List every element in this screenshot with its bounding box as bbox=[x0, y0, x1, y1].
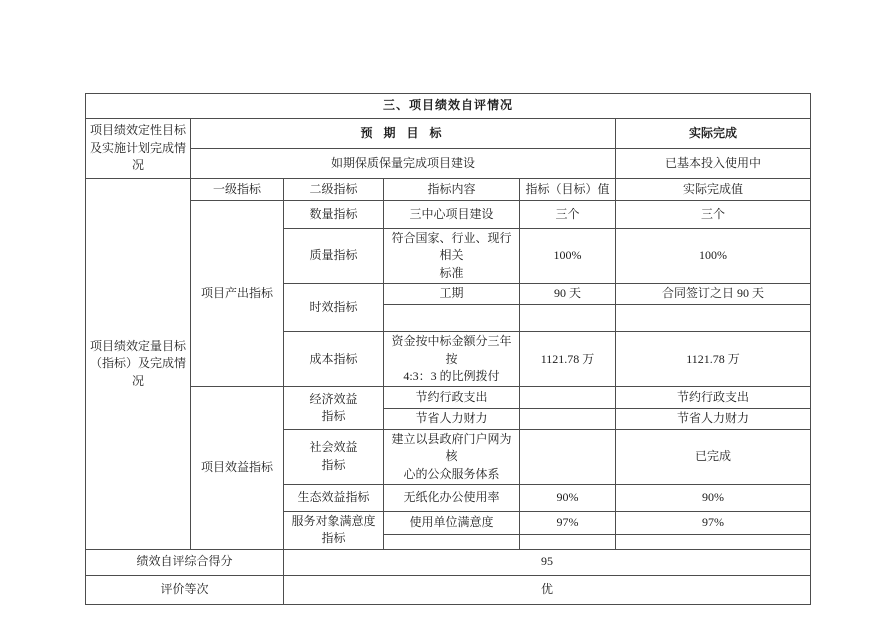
cost-indicator-target: 1121.78 万 bbox=[520, 332, 616, 387]
duration-empty-actual bbox=[616, 305, 811, 332]
cost-indicator-actual: 1121.78 万 bbox=[616, 332, 811, 387]
satisfaction-empty-content bbox=[384, 535, 520, 549]
header-level1-indicator: 一级指标 bbox=[191, 179, 284, 201]
economic-indicator-actual-2: 节省人力财力 bbox=[616, 409, 811, 429]
quantity-indicator-name: 数量指标 bbox=[284, 201, 384, 229]
social-indicator-content: 建立以县政府门户网为核 心的公众服务体系 bbox=[384, 429, 520, 484]
satisfaction-empty-actual bbox=[616, 535, 811, 549]
cost-indicator-content: 资金按中标金额分三年按 4:3：3 的比例拨付 bbox=[384, 332, 520, 387]
qualitative-section-label: 项目绩效定性目标 及实施计划完成情 况 bbox=[86, 119, 191, 179]
quality-indicator-content: 符合国家、行业、现行相关 标准 bbox=[384, 229, 520, 284]
economic-indicator-content-1: 节约行政支出 bbox=[384, 387, 520, 409]
table-row: 项目产出指标 数量指标 三中心项目建设 三个 三个 bbox=[86, 201, 811, 229]
table-title: 三、项目绩效自评情况 bbox=[86, 94, 811, 119]
output-indicators-group: 项目产出指标 bbox=[191, 201, 284, 387]
quantitative-section-label: 项目绩效定量目标 （指标）及完成情 况 bbox=[86, 179, 191, 550]
header-target-value: 指标（目标）值 bbox=[520, 179, 616, 201]
economic-indicator-actual-1: 节约行政支出 bbox=[616, 387, 811, 409]
table-row: 绩效自评综合得分 95 bbox=[86, 549, 811, 575]
cost-indicator-name: 成本指标 bbox=[284, 332, 384, 387]
economic-indicator-content-2: 节省人力财力 bbox=[384, 409, 520, 429]
satisfaction-indicator-actual: 97% bbox=[616, 511, 811, 534]
economic-indicator-target-1 bbox=[520, 387, 616, 409]
duration-indicator-content: 工期 bbox=[384, 284, 520, 305]
social-indicator-name: 社会效益 指标 bbox=[284, 429, 384, 484]
quantity-indicator-content: 三中心项目建设 bbox=[384, 201, 520, 229]
overall-score-value: 95 bbox=[284, 549, 811, 575]
overall-score-label: 绩效自评综合得分 bbox=[86, 549, 284, 575]
header-level2-indicator: 二级指标 bbox=[284, 179, 384, 201]
expected-goal-header: 预 期 目 标 bbox=[191, 119, 616, 149]
table-row: 项目绩效定性目标 及实施计划完成情 况 预 期 目 标 实际完成 bbox=[86, 119, 811, 149]
quality-indicator-name: 质量指标 bbox=[284, 229, 384, 284]
duration-indicator-target: 90 天 bbox=[520, 284, 616, 305]
evaluation-grade-value: 优 bbox=[284, 575, 811, 604]
table-row: 评价等次 优 bbox=[86, 575, 811, 604]
document-page: 三、项目绩效自评情况 项目绩效定性目标 及实施计划完成情 况 预 期 目 标 实… bbox=[0, 0, 895, 632]
header-indicator-content: 指标内容 bbox=[384, 179, 520, 201]
duration-empty-content bbox=[384, 305, 520, 332]
actual-completion-value: 已基本投入使用中 bbox=[616, 149, 811, 179]
table-row: 如期保质保量完成项目建设 已基本投入使用中 bbox=[86, 149, 811, 179]
ecological-indicator-name: 生态效益指标 bbox=[284, 484, 384, 511]
header-actual-value: 实际完成值 bbox=[616, 179, 811, 201]
satisfaction-indicator-name: 服务对象满意度 指标 bbox=[284, 511, 384, 549]
ecological-indicator-content: 无纸化办公使用率 bbox=[384, 484, 520, 511]
duration-indicator-name: 时效指标 bbox=[284, 284, 384, 332]
satisfaction-indicator-content: 使用单位满意度 bbox=[384, 511, 520, 534]
duration-empty-target bbox=[520, 305, 616, 332]
ecological-indicator-target: 90% bbox=[520, 484, 616, 511]
table-row: 项目绩效定量目标 （指标）及完成情 况 一级指标 二级指标 指标内容 指标（目标… bbox=[86, 179, 811, 201]
quality-indicator-actual: 100% bbox=[616, 229, 811, 284]
economic-indicator-target-2 bbox=[520, 409, 616, 429]
social-indicator-target bbox=[520, 429, 616, 484]
expected-goal-value: 如期保质保量完成项目建设 bbox=[191, 149, 616, 179]
benefit-indicators-group: 项目效益指标 bbox=[191, 387, 284, 549]
quantity-indicator-target: 三个 bbox=[520, 201, 616, 229]
table-row: 三、项目绩效自评情况 bbox=[86, 94, 811, 119]
actual-completion-header: 实际完成 bbox=[616, 119, 811, 149]
quality-indicator-target: 100% bbox=[520, 229, 616, 284]
table-row: 项目效益指标 经济效益 指标 节约行政支出 节约行政支出 bbox=[86, 387, 811, 409]
economic-indicator-name: 经济效益 指标 bbox=[284, 387, 384, 429]
social-indicator-actual: 已完成 bbox=[616, 429, 811, 484]
evaluation-grade-label: 评价等次 bbox=[86, 575, 284, 604]
duration-indicator-actual: 合同签订之日 90 天 bbox=[616, 284, 811, 305]
satisfaction-empty-target bbox=[520, 535, 616, 549]
performance-self-evaluation-table: 三、项目绩效自评情况 项目绩效定性目标 及实施计划完成情 况 预 期 目 标 实… bbox=[85, 93, 811, 605]
satisfaction-indicator-target: 97% bbox=[520, 511, 616, 534]
ecological-indicator-actual: 90% bbox=[616, 484, 811, 511]
quantity-indicator-actual: 三个 bbox=[616, 201, 811, 229]
